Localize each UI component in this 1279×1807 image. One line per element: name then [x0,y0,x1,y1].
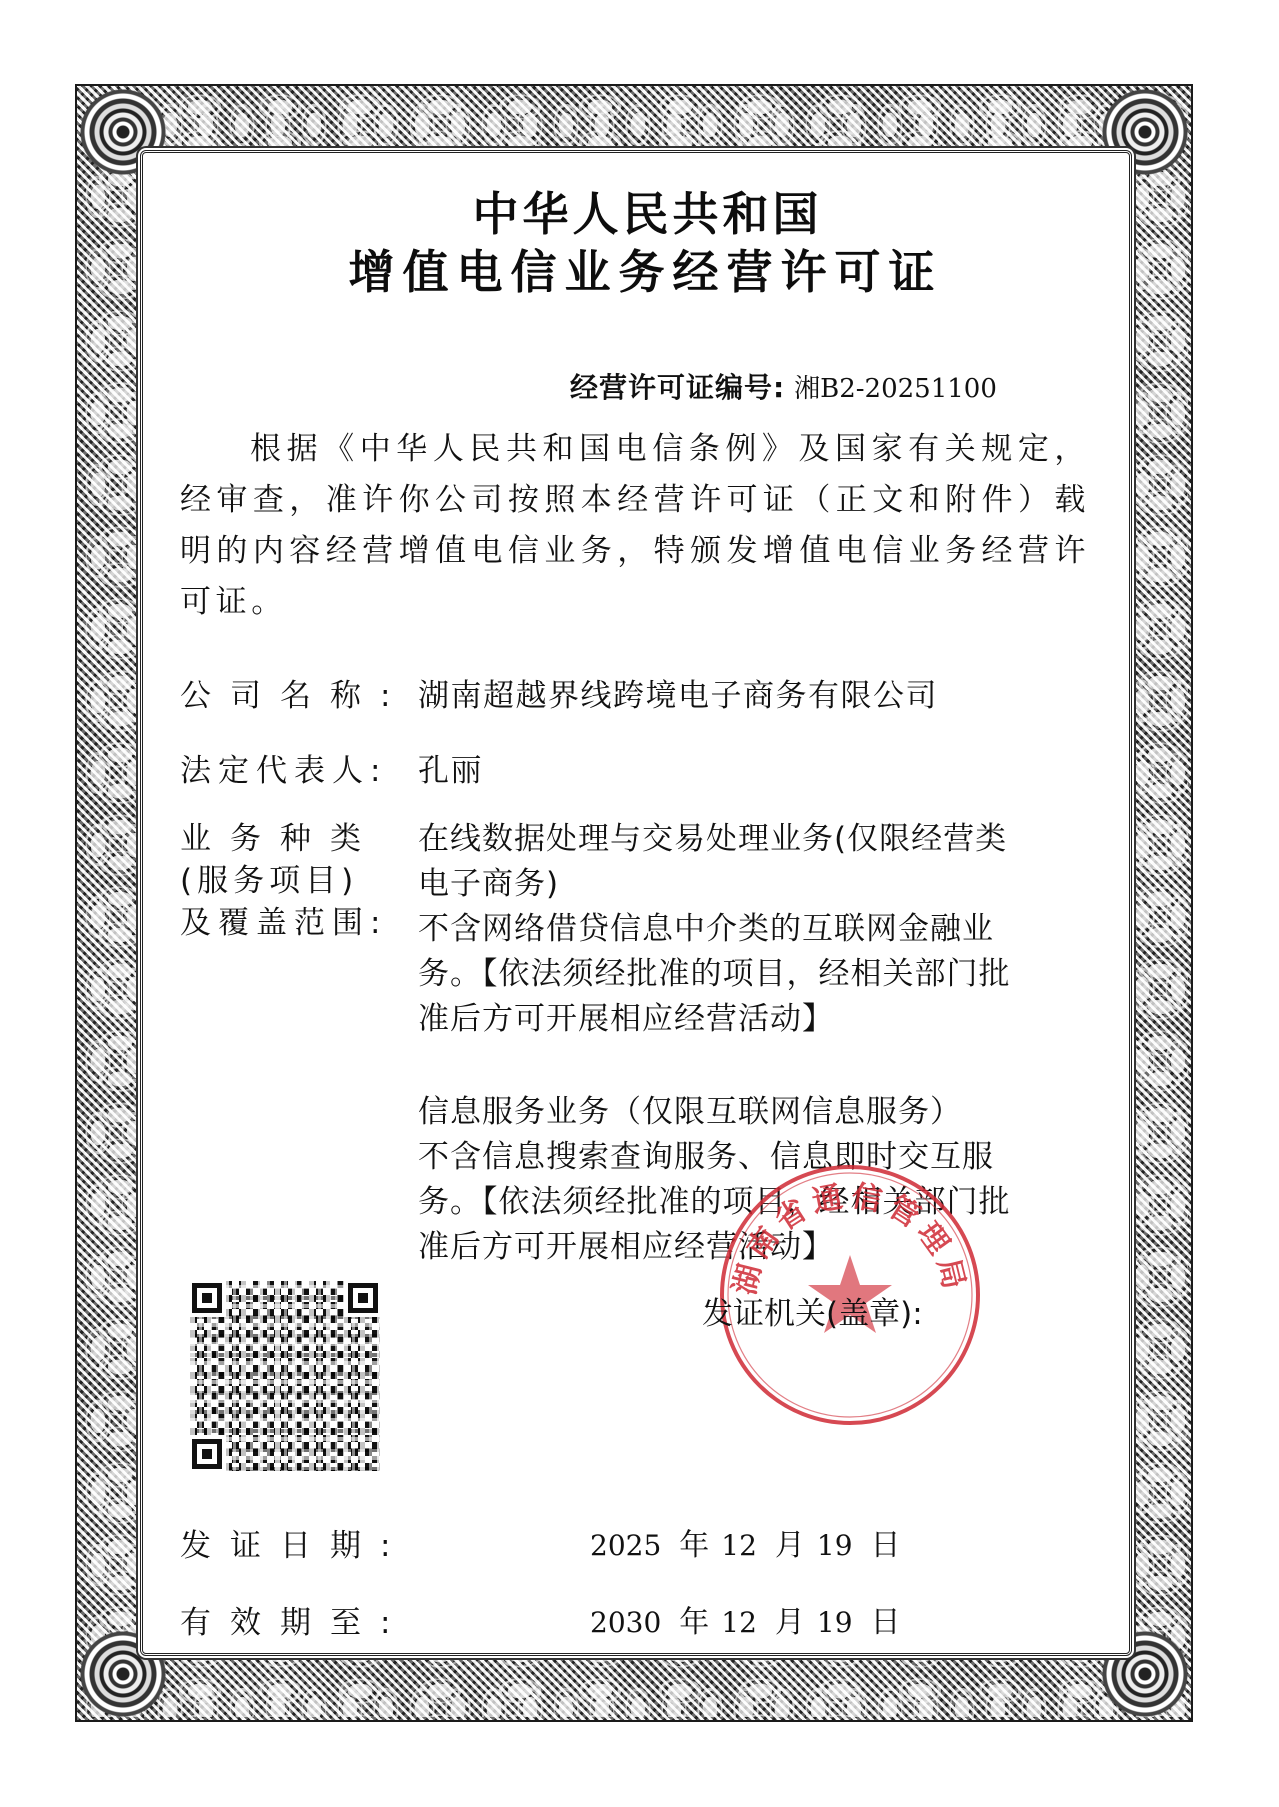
issuer-label: 发证机关(盖章): [702,1288,923,1333]
day-unit: 日 [871,1605,901,1640]
expiry-month: 12 [721,1606,757,1639]
service-scope-online-data: 在线数据处理与交易处理业务(仅限经营类 电子商务) 不含网络借贷信息中介类的互联… [418,817,1098,1042]
issue-date-label: 发证日期: [180,1520,409,1565]
service-line: 不含网络借贷信息中介类的互联网金融业 [418,907,1098,952]
issue-month: 12 [721,1529,757,1562]
license-number-value: 湘B2-20251100 [794,374,997,404]
year-unit: 年 [679,1605,709,1640]
license-number-label: 经营许可证编号: [570,371,785,404]
legal-rep-label: 法定代表人: [180,745,387,790]
license-number: 经营许可证编号: 湘B2-20251100 [570,366,997,406]
month-unit: 月 [775,1528,805,1563]
day-unit: 日 [871,1528,901,1563]
service-scope-label: 业务种类 (服务项目) 及覆盖范围: [180,818,387,944]
expiry-date-label: 有效期至: [180,1597,409,1642]
service-line: 准后方可开展相应经营活动】 [418,997,1098,1042]
qr-finder-pattern [348,1283,378,1313]
company-name-value: 湖南超越界线跨境电子商务有限公司 [418,670,938,715]
service-line: 信息服务业务（仅限互联网信息服务） [418,1090,1098,1135]
expiry-year: 2030 [590,1606,661,1639]
service-line: 在线数据处理与交易处理业务(仅限经营类 [418,817,1098,862]
qr-finder-pattern [192,1439,222,1469]
qr-finder-pattern [192,1283,222,1313]
service-label-line: 业务种类 [180,818,387,860]
issue-date-value: 2025年12月19日 [590,1520,913,1564]
expiry-date-value: 2030年12月19日 [590,1597,913,1641]
service-line: 务。【依法须经批准的项目，经相关部门批 [418,952,1098,997]
service-label-line: 及覆盖范围: [180,902,387,944]
expiry-day: 19 [817,1606,853,1639]
issue-day: 19 [817,1529,853,1562]
year-unit: 年 [679,1528,709,1563]
legal-rep-value: 孔丽 [418,745,483,790]
service-label-line: (服务项目) [180,860,387,902]
service-line: 电子商务) [418,862,1098,907]
intro-paragraph: 根据《中华人民共和国电信条例》及国家有关规定，经审查，准许你公司按照本经营许可证… [180,424,1090,628]
certificate-title-line1: 中华人民共和国 [8,178,1279,244]
certificate-title-line2: 增值电信业务经营许可证 [6,236,1279,302]
company-name-label: 公司名称: [180,670,409,715]
month-unit: 月 [775,1605,805,1640]
qr-code-icon [190,1281,380,1471]
issue-year: 2025 [590,1529,661,1562]
